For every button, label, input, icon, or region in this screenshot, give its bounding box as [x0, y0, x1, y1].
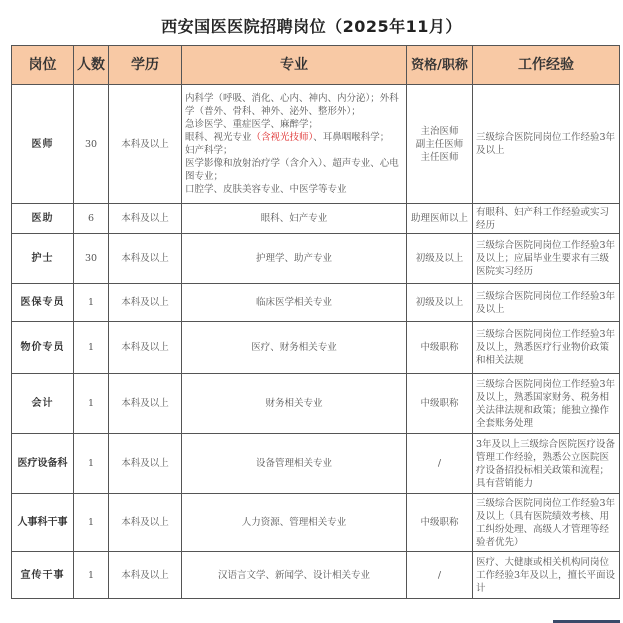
- education-cell: 本科及以上: [109, 552, 182, 599]
- education-cell: 本科及以上: [109, 322, 182, 374]
- qualification-cell: 初级及以上: [407, 284, 473, 322]
- count-cell: 30: [74, 234, 109, 284]
- qualification-cell: /: [407, 434, 473, 494]
- experience-cell: 有眼科、妇产科工作经验或实习经历: [473, 204, 620, 234]
- education-cell: 本科及以上: [109, 284, 182, 322]
- major-cell: 人力资源、管理相关专业: [182, 494, 407, 552]
- highlight-text: （含视光技师）: [252, 132, 314, 143]
- position-cell: 人事科干事: [12, 494, 74, 552]
- education-cell: 本科及以上: [109, 434, 182, 494]
- header-position: 岗位: [12, 46, 74, 85]
- major-line: 眼科、视光专业（含视光技师）、耳鼻咽喉科学；: [185, 131, 403, 144]
- position-cell: 医疗设备科: [12, 434, 74, 494]
- header-qualification: 资格/职称: [407, 46, 473, 85]
- count-cell: 1: [74, 552, 109, 599]
- major-cell: 汉语言文学、新闻学、设计相关专业: [182, 552, 407, 599]
- table-row: 护士 30 本科及以上 护理学、助产专业 初级及以上 三级综合医院同岗位工作经验…: [12, 234, 620, 284]
- position-cell: 宣传干事: [12, 552, 74, 599]
- major-line: 妇产科学；: [185, 144, 403, 157]
- qualification-line: 副主任医师: [410, 138, 469, 151]
- experience-cell: 三级综合医院同岗位工作经验3年及以上，熟悉医疗行业物价政策和相关法规: [473, 322, 620, 374]
- experience-cell: 三级综合医院同岗位工作经验3年及以上；应届毕业生要求有三级医院实习经历: [473, 234, 620, 284]
- qualification-cell: 中级职称: [407, 374, 473, 434]
- qualification-line: 主任医师: [410, 151, 469, 164]
- experience-cell: 医疗、大健康或相关机构同岗位工作经验3年及以上，擅长平面设计: [473, 552, 620, 599]
- major-text: 、耳鼻咽喉科学；: [313, 132, 389, 143]
- major-line: 内科学（呼吸、消化、心内、神内、内分泌）；外科学（普外、骨科、神外、泌外、整形外…: [185, 92, 403, 118]
- header-experience: 工作经验: [473, 46, 620, 85]
- table-row: 医保专员 1 本科及以上 临床医学相关专业 初级及以上 三级综合医院同岗位工作经…: [12, 284, 620, 322]
- count-cell: 1: [74, 374, 109, 434]
- table-row: 医师 30 本科及以上 内科学（呼吸、消化、心内、神内、内分泌）；外科学（普外、…: [12, 85, 620, 204]
- major-text: 眼科、视光专业: [185, 132, 252, 143]
- major-cell: 眼科、妇产专业: [182, 204, 407, 234]
- recruitment-table: 岗位 人数 学历 专业 资格/职称 工作经验 医师 30 本科及以上 内科学（呼…: [11, 45, 620, 599]
- education-cell: 本科及以上: [109, 204, 182, 234]
- table-row: 医助 6 本科及以上 眼科、妇产专业 助理医师以上 有眼科、妇产科工作经验或实习…: [12, 204, 620, 234]
- qualification-line: 主治医师: [410, 125, 469, 138]
- count-cell: 1: [74, 494, 109, 552]
- major-cell: 设备管理相关专业: [182, 434, 407, 494]
- table-row: 物价专员 1 本科及以上 医疗、财务相关专业 中级职称 三级综合医院同岗位工作经…: [12, 322, 620, 374]
- qualification-cell: 助理医师以上: [407, 204, 473, 234]
- position-cell: 物价专员: [12, 322, 74, 374]
- count-cell: 1: [74, 284, 109, 322]
- qualification-cell: 中级职称: [407, 322, 473, 374]
- experience-cell: 3年及以上三级综合医院医疗设备管理工作经验，熟悉公立医院医疗设备招投标相关政策和…: [473, 434, 620, 494]
- position-cell: 会计: [12, 374, 74, 434]
- page-title: 西安国医医院招聘岗位（2025年11月）: [0, 14, 623, 37]
- count-cell: 30: [74, 85, 109, 204]
- table-row: 会计 1 本科及以上 财务相关专业 中级职称 三级综合医院同岗位工作经验3年及以…: [12, 374, 620, 434]
- major-cell: 内科学（呼吸、消化、心内、神内、内分泌）；外科学（普外、骨科、神外、泌外、整形外…: [182, 85, 407, 204]
- education-cell: 本科及以上: [109, 85, 182, 204]
- table-header-row: 岗位 人数 学历 专业 资格/职称 工作经验: [12, 46, 620, 85]
- position-cell: 医助: [12, 204, 74, 234]
- experience-cell: 三级综合医院同岗位工作经验3年及以上，熟悉国家财务、税务相关法律法规和政策；能独…: [473, 374, 620, 434]
- header-count: 人数: [74, 46, 109, 85]
- major-line: 口腔学、皮肤美容专业、中医学等专业: [185, 183, 403, 196]
- major-line: 医学影像和放射治疗学（含介入）、超声专业、心电图专业；: [185, 157, 403, 183]
- count-cell: 1: [74, 434, 109, 494]
- table-row: 宣传干事 1 本科及以上 汉语言文学、新闻学、设计相关专业 / 医疗、大健康或相…: [12, 552, 620, 599]
- major-cell: 临床医学相关专业: [182, 284, 407, 322]
- major-cell: 财务相关专业: [182, 374, 407, 434]
- count-cell: 1: [74, 322, 109, 374]
- qualification-cell: 主治医师 副主任医师 主任医师: [407, 85, 473, 204]
- table-row: 人事科干事 1 本科及以上 人力资源、管理相关专业 中级职称 三级综合医院同岗位…: [12, 494, 620, 552]
- education-cell: 本科及以上: [109, 494, 182, 552]
- experience-cell: 三级综合医院同岗位工作经验3年及以上: [473, 284, 620, 322]
- major-cell: 护理学、助产专业: [182, 234, 407, 284]
- header-education: 学历: [109, 46, 182, 85]
- table-row: 医疗设备科 1 本科及以上 设备管理相关专业 / 3年及以上三级综合医院医疗设备…: [12, 434, 620, 494]
- qualification-cell: 中级职称: [407, 494, 473, 552]
- experience-cell: 三级综合医院同岗位工作经验3年及以上: [473, 85, 620, 204]
- qualification-cell: 初级及以上: [407, 234, 473, 284]
- header-major: 专业: [182, 46, 407, 85]
- position-cell: 医师: [12, 85, 74, 204]
- education-cell: 本科及以上: [109, 234, 182, 284]
- experience-cell: 三级综合医院同岗位工作经验3年及以上（具有医院绩效考核、用工纠纷处理、高级人才管…: [473, 494, 620, 552]
- position-cell: 医保专员: [12, 284, 74, 322]
- position-cell: 护士: [12, 234, 74, 284]
- major-line: 急诊医学、重症医学、麻醉学；: [185, 118, 403, 131]
- education-cell: 本科及以上: [109, 374, 182, 434]
- count-cell: 6: [74, 204, 109, 234]
- major-cell: 医疗、财务相关专业: [182, 322, 407, 374]
- qualification-cell: /: [407, 552, 473, 599]
